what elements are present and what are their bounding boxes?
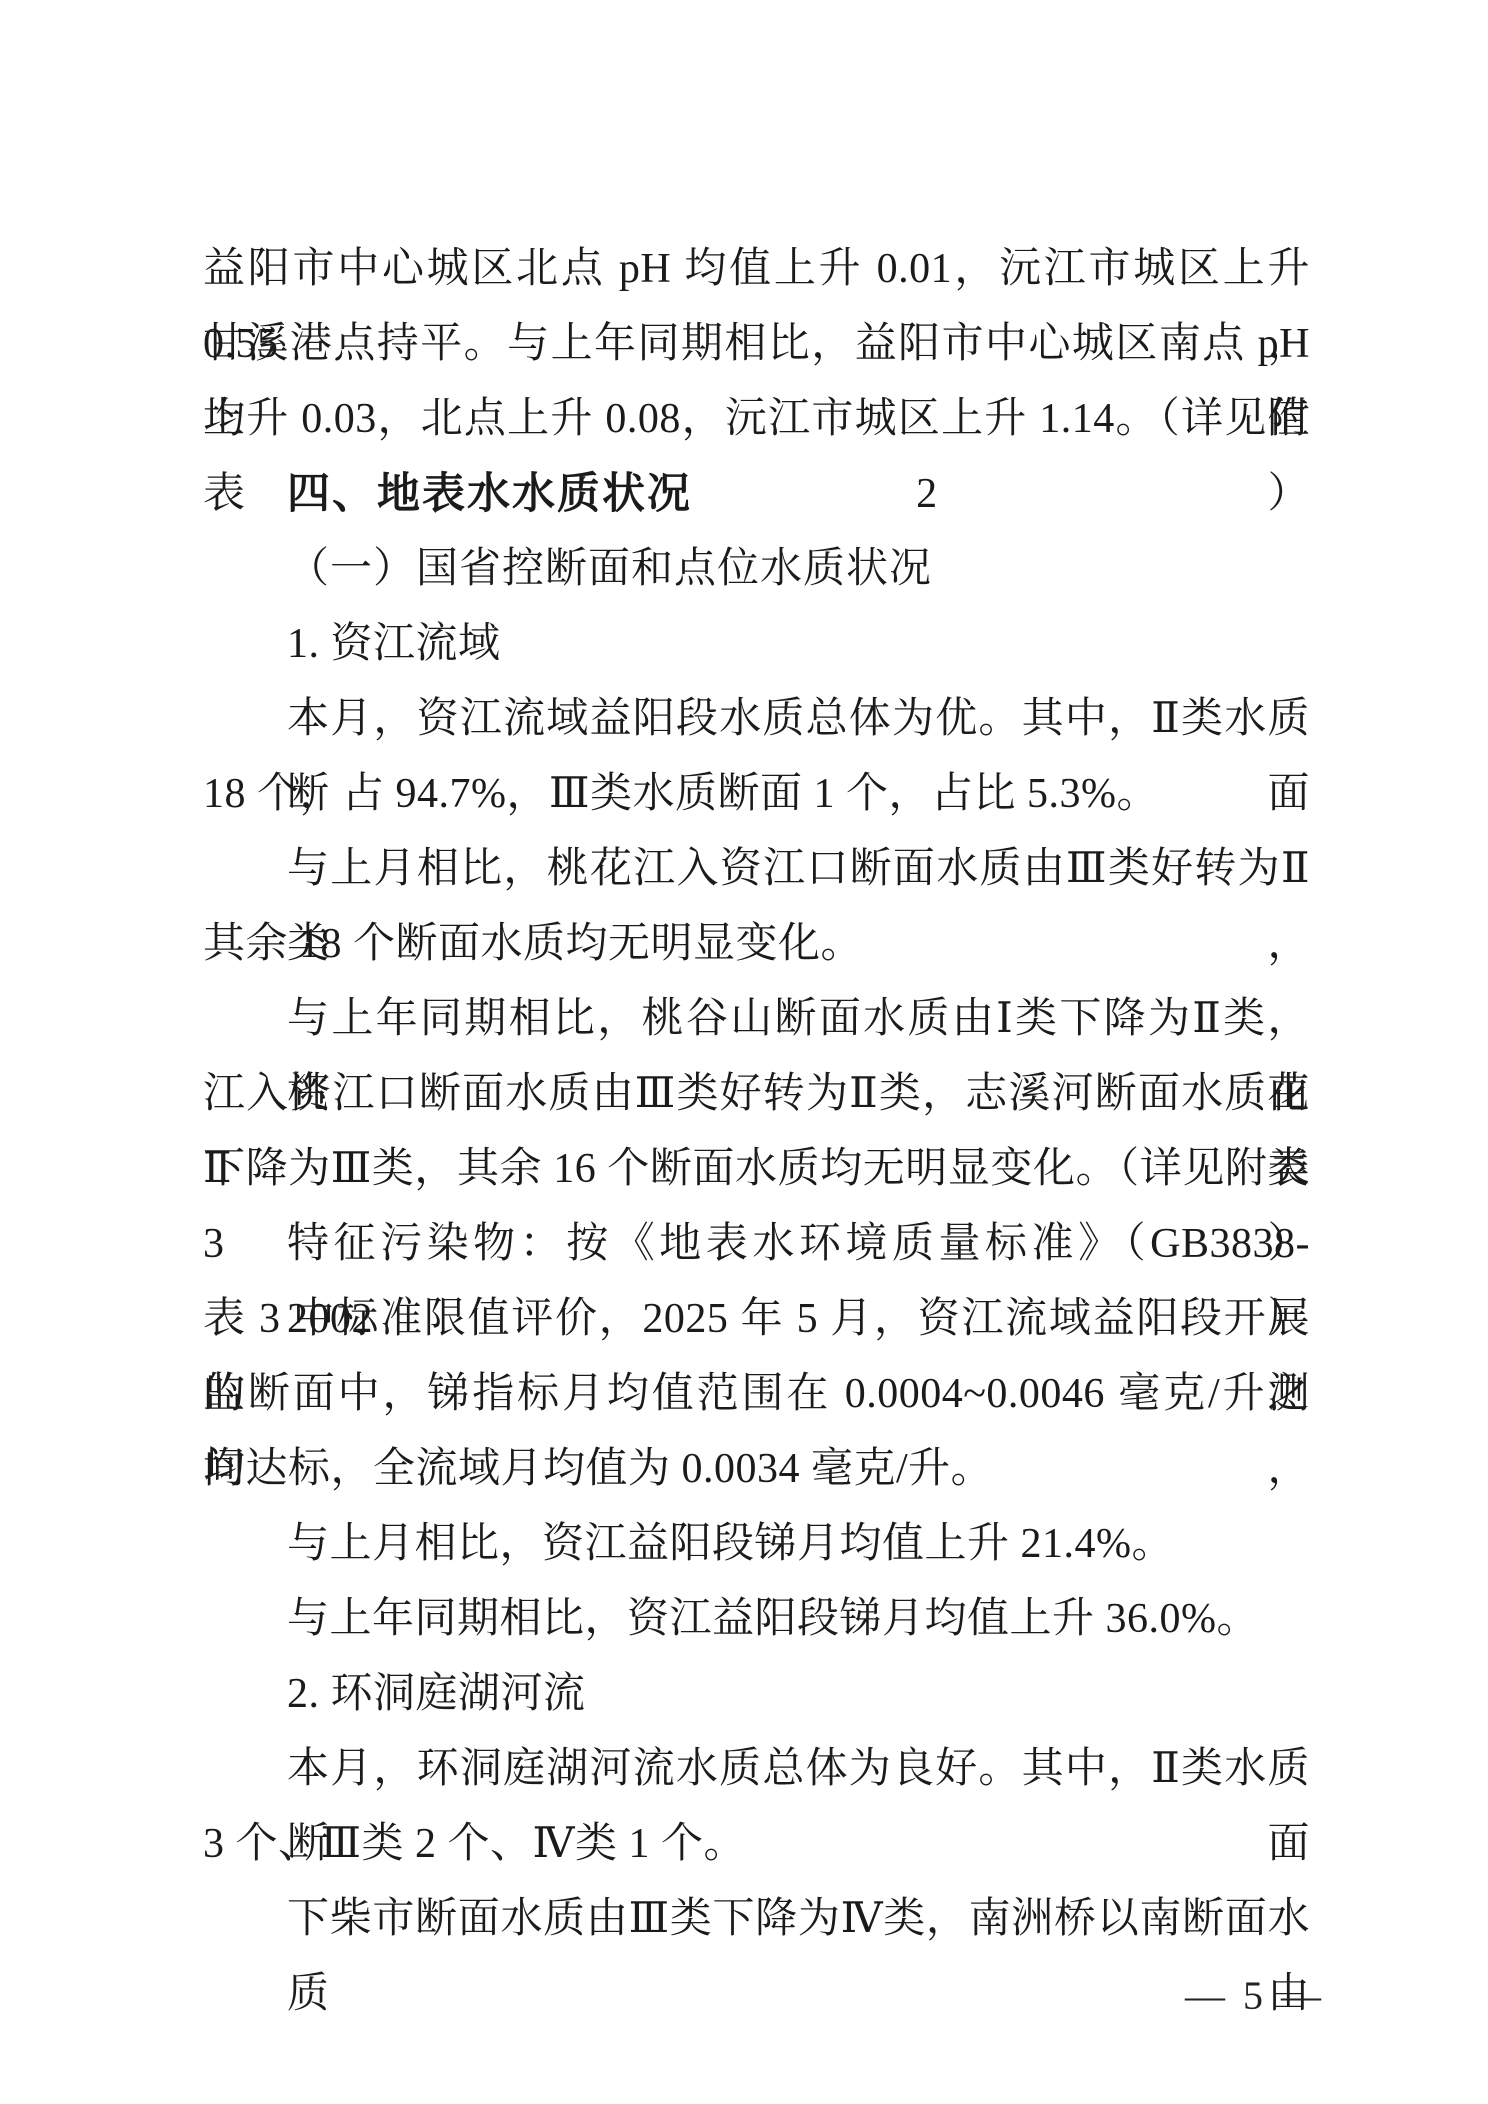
body-text-line: 的断面中，锑指标月均值范围在 0.0004~0.0046 毫克/升之间， <box>203 1357 1310 1432</box>
body-text-line: 上升 0.03，北点上升 0.08，沅江市城区上升 1.14。（详见附表 2） <box>203 382 1310 457</box>
body-text-line: 江入资江口断面水质由Ⅲ类好转为Ⅱ类，志溪河断面水质由Ⅱ类 <box>203 1057 1310 1132</box>
body-text-line: 特征污染物：按《地表水环境质量标准》（GB3838-2002） <box>203 1207 1310 1282</box>
subsection-heading-line: （一）国省控断面和点位水质状况 <box>203 532 1310 607</box>
numbered-heading-line: 1. 资江流域 <box>203 607 1310 682</box>
page-number: — 5 — <box>1185 1972 1325 2020</box>
body-text-line: 与上月相比，桃花江入资江口断面水质由Ⅲ类好转为Ⅱ类， <box>203 832 1310 907</box>
document-page: 益阳市中心城区北点 pH 均值上升 0.01，沅江市城区上升 0.55， 甘溪港… <box>0 0 1488 2104</box>
body-text-line: 与上月相比，资江益阳段锑月均值上升 21.4%。 <box>203 1507 1310 1582</box>
body-text-line: 益阳市中心城区北点 pH 均值上升 0.01，沅江市城区上升 0.55， <box>203 232 1310 307</box>
body-text-line: 下降为Ⅲ类，其余 16 个断面水质均无明显变化。（详见附表 3） <box>203 1132 1310 1207</box>
body-text-line: 下柴市断面水质由Ⅲ类下降为Ⅳ类，南洲桥以南断面水质由 <box>203 1882 1310 1957</box>
body-text-line: 甘溪港点持平。与上年同期相比，益阳市中心城区南点 pH 均值 <box>203 307 1310 382</box>
numbered-heading-line: 2. 环洞庭湖河流 <box>203 1657 1310 1732</box>
body-text-line: 本月，资江流域益阳段水质总体为优。其中，Ⅱ类水质断面 <box>203 682 1310 757</box>
body-text-line: 与上年同期相比，资江益阳段锑月均值上升 36.0%。 <box>203 1582 1310 1657</box>
body-text-line: 18 个，占 94.7%，Ⅲ类水质断面 1 个，占比 5.3%。 <box>203 757 1310 832</box>
body-text-line: 表 3 中标准限值评价，2025 年 5 月，资江流域益阳段开展监测 <box>203 1282 1310 1357</box>
body-text-line: 与上年同期相比，桃谷山断面水质由Ⅰ类下降为Ⅱ类，桃花 <box>203 982 1310 1057</box>
body-text-line: 本月，环洞庭湖河流水质总体为良好。其中，Ⅱ类水质断面 <box>203 1732 1310 1807</box>
page-body-text: 益阳市中心城区北点 pH 均值上升 0.01，沅江市城区上升 0.55， 甘溪港… <box>203 232 1310 1957</box>
